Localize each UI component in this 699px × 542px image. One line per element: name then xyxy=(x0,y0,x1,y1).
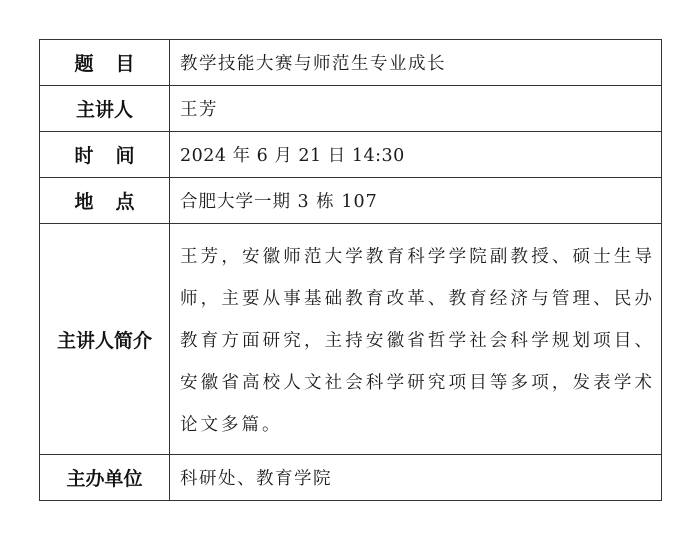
bio-label: 主讲人简介 xyxy=(40,224,170,455)
location-value: 合肥大学一期 3 栋 107 xyxy=(170,178,662,224)
row-label: 地点 xyxy=(40,178,170,224)
table-row-speaker: 主讲人 王芳 xyxy=(40,86,662,132)
organizer-label: 主办单位 xyxy=(40,455,170,501)
table-row-title: 题目 教学技能大赛与师范生专业成长 xyxy=(40,40,662,86)
speaker-value: 王芳 xyxy=(170,86,662,132)
table-row-organizer: 主办单位 科研处、教育学院 xyxy=(40,455,662,501)
time-label: 时间 xyxy=(52,145,156,167)
organizer-value: 科研处、教育学院 xyxy=(170,455,662,501)
bio-value: 王芳，安徽师范大学教育科学学院副教授、硕士生导师，主要从事基础教育改革、教育经济… xyxy=(180,228,661,450)
lecture-info-table: 题目 教学技能大赛与师范生专业成长 主讲人 王芳 时间 2024 年 6 月 2… xyxy=(39,39,662,501)
title-value: 教学技能大赛与师范生专业成长 xyxy=(170,40,662,86)
row-label: 时间 xyxy=(40,132,170,178)
table-row-time: 时间 2024 年 6 月 21 日 14:30 xyxy=(40,132,662,178)
bio-cell: 王芳，安徽师范大学教育科学学院副教授、硕士生导师，主要从事基础教育改革、教育经济… xyxy=(170,224,662,455)
speaker-label: 主讲人 xyxy=(40,86,170,132)
table-row-bio: 主讲人简介 王芳，安徽师范大学教育科学学院副教授、硕士生导师，主要从事基础教育改… xyxy=(40,224,662,455)
table-row-location: 地点 合肥大学一期 3 栋 107 xyxy=(40,178,662,224)
title-label: 题目 xyxy=(52,53,156,75)
row-label: 题目 xyxy=(40,40,170,86)
location-label: 地点 xyxy=(52,191,156,213)
time-value: 2024 年 6 月 21 日 14:30 xyxy=(170,132,662,178)
